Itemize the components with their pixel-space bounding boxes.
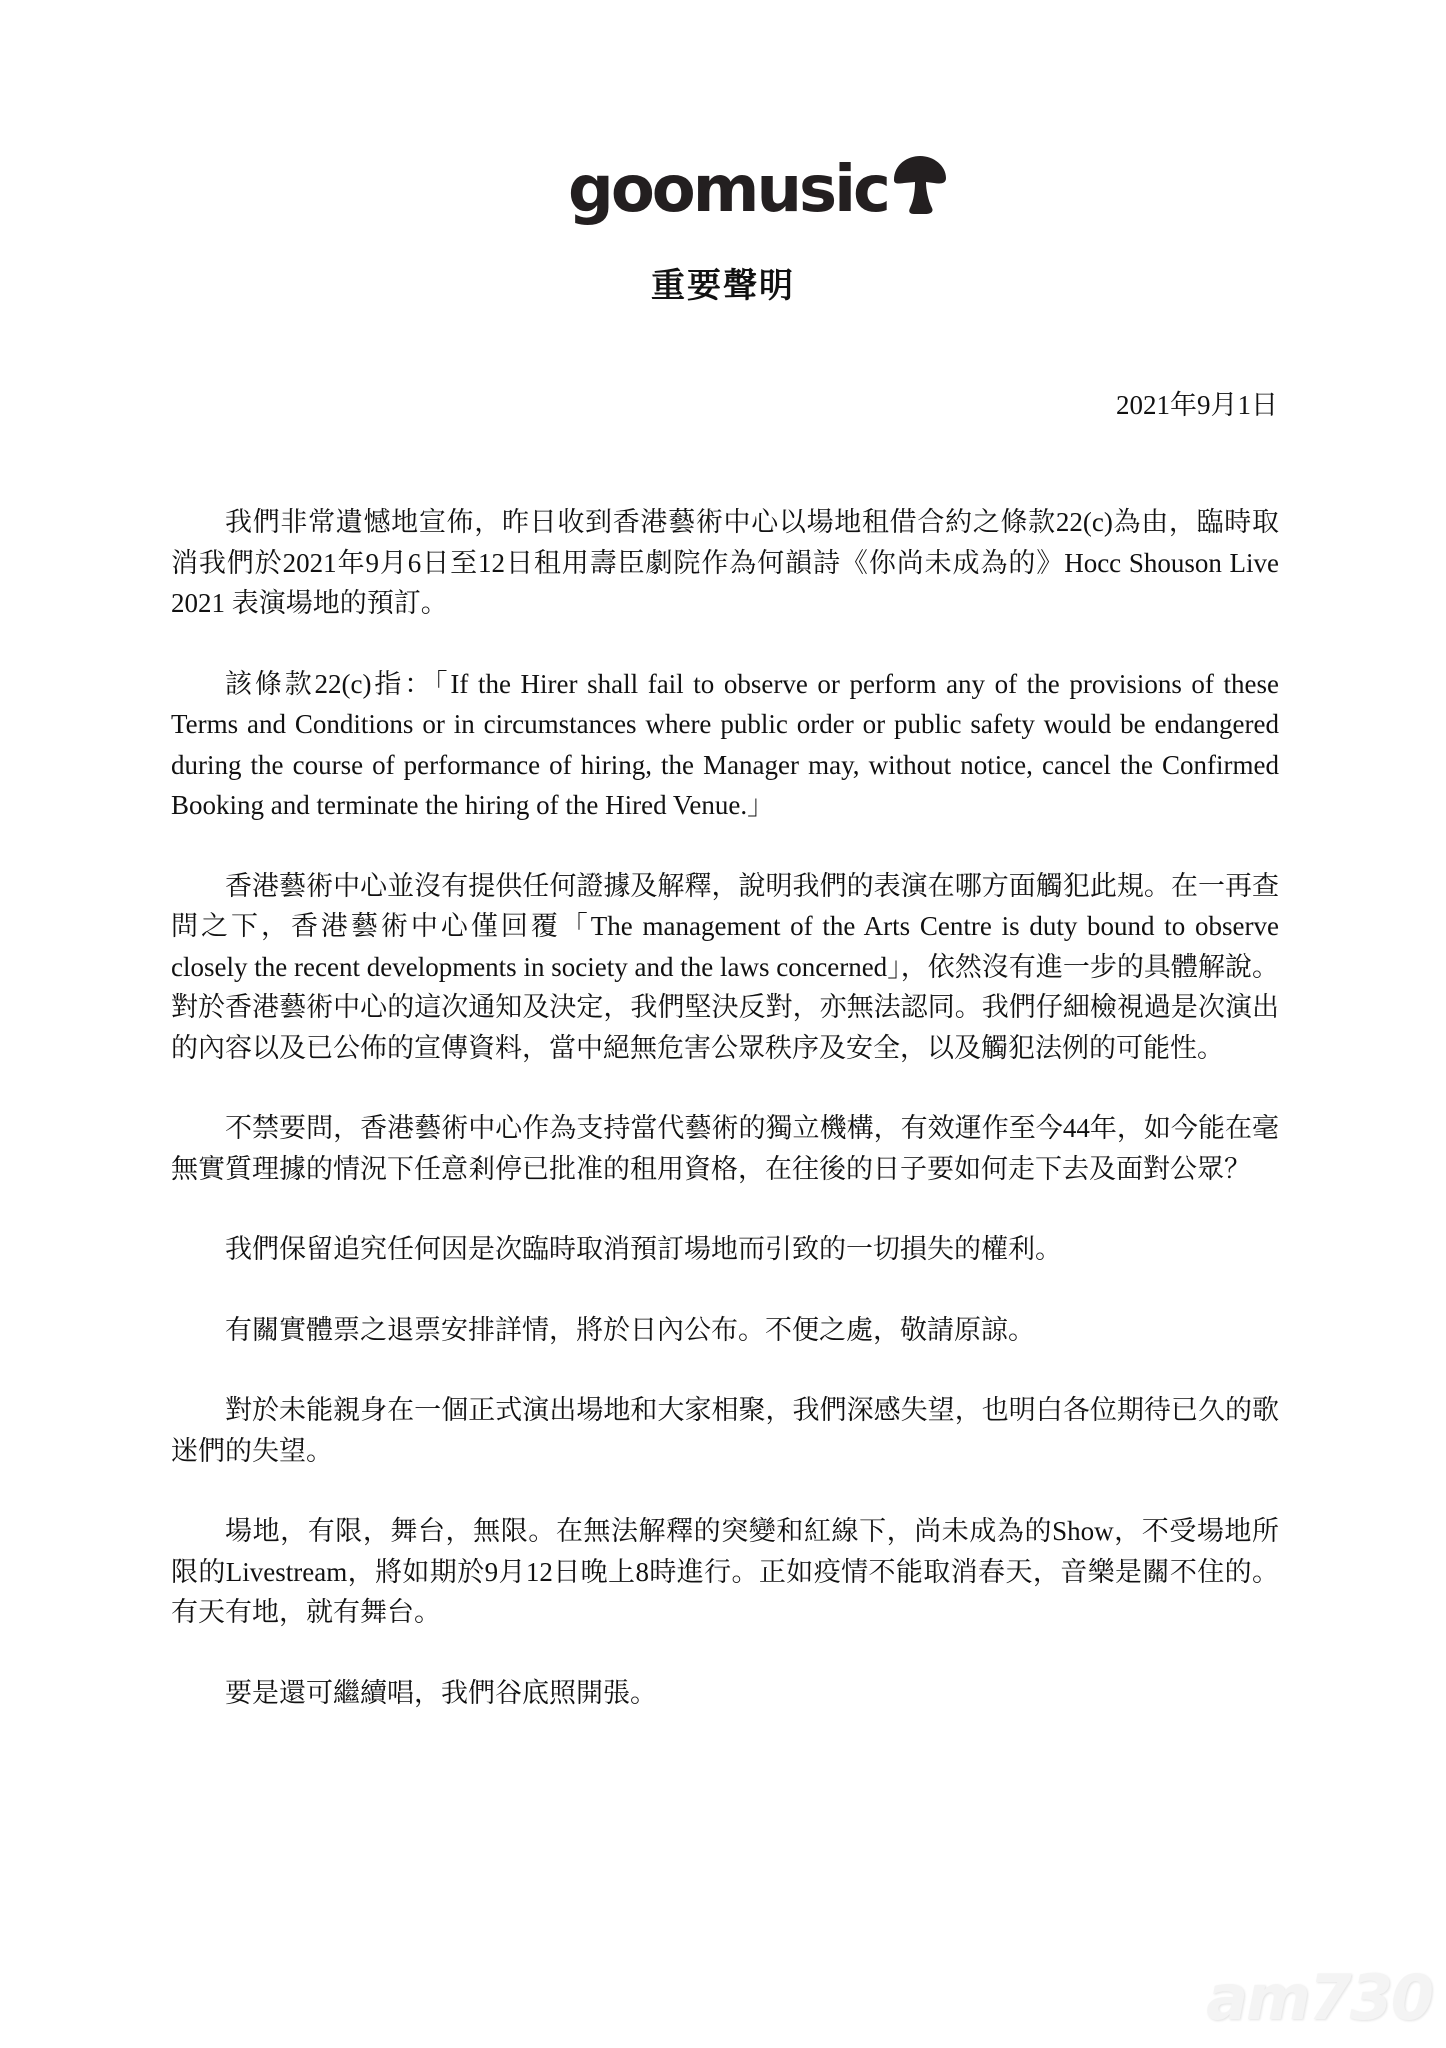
statement-body: 我們非常遺憾地宣佈，昨日收到香港藝術中心以場地租借合約之條款22(c)為由，臨時… [171, 502, 1279, 1753]
paragraph-closing: 要是還可繼續唱，我們谷底照開張。 [171, 1673, 1279, 1714]
paragraph-livestream: 場地，有限，舞台，無限。在無法解釋的突變和紅線下，尚未成為的Show，不受場地所… [171, 1511, 1279, 1633]
am730-watermark: am730 [1206, 1961, 1432, 2034]
mushroom-icon [890, 154, 948, 216]
logo-wordmark: goomusic [568, 158, 888, 222]
statement-date: 2021年9月1日 [1116, 383, 1278, 422]
paragraph-clause-22c: 該條款22(c)指：「If the Hirer shall fail to ob… [171, 664, 1279, 826]
paragraph-cancellation-notice: 我們非常遺憾地宣佈，昨日收到香港藝術中心以場地租借合約之條款22(c)為由，臨時… [171, 502, 1279, 624]
paragraph-refund: 有關實體票之退票安排詳情，將於日內公布。不便之處，敬請原諒。 [171, 1310, 1279, 1351]
paragraph-reserve-rights: 我們保留追究任何因是次臨時取消預訂場地而引致的一切損失的權利。 [171, 1229, 1279, 1270]
paragraph-no-explanation: 香港藝術中心並沒有提供任何證據及解釋，說明我們的表演在哪方面觸犯此規。在一再查問… [171, 866, 1279, 1069]
page-title: 重要聲明 [0, 258, 1446, 307]
paragraph-disappointment: 對於未能親身在一個正式演出場地和大家相聚，我們深感失望，也明白各位期待已久的歌迷… [171, 1390, 1279, 1471]
paragraph-question: 不禁要問，香港藝術中心作為支持當代藝術的獨立機構，有效運作至今44年，如今能在毫… [171, 1108, 1279, 1189]
goomusic-logo: goomusic [568, 150, 948, 230]
